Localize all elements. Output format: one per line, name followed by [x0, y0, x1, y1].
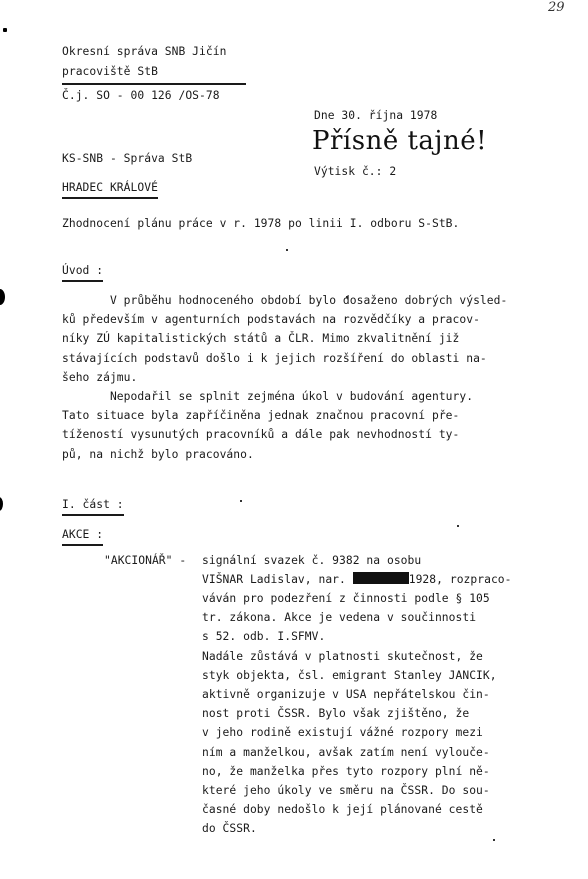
classification-stamp: Přísně tajné! [312, 126, 487, 156]
document-subject: Zhodnocení plánu práce v r. 1978 po lini… [62, 216, 459, 232]
text-line: váván pro podezření z činnosti podle § 1… [202, 591, 490, 607]
text-line: Nadále zůstává v platnosti skutečnost, ž… [202, 649, 483, 665]
recipient-city: HRADEC KRÁLOVÉ [62, 180, 158, 199]
document-date: Dne 30. října 1978 [314, 108, 437, 124]
scan-speck [286, 249, 288, 251]
text-line: do ČSSR. [202, 821, 257, 837]
text-line: časné doby nedošlo k její plánované cest… [202, 802, 483, 818]
sender-divider [62, 83, 246, 85]
text-line: ním a manželkou, avšak zatím není vylouč… [202, 745, 490, 761]
birth-year: 1928, rozpraco- [409, 573, 512, 586]
punch-hole-middle [0, 497, 3, 511]
page-number: 29 [548, 0, 565, 15]
text-line: s 52. odb. I.SFMV. [202, 629, 325, 645]
action-line-2: VIŠNAR Ladislav, nar. 1928, rozpraco- [202, 572, 512, 588]
sender-office: Okresní správa SNB Jičín [62, 44, 226, 60]
text-line: tížeností vysunutých pracovníků a dále p… [62, 427, 459, 443]
scan-speck [240, 500, 242, 502]
text-line: Tato situace byla zapříčiněna jednak zna… [62, 408, 459, 424]
text-line: stávajících podstavů došlo i k jejich ro… [62, 351, 487, 367]
text-line: níky ZÚ kapitalistických států a ČLR. Mi… [62, 331, 459, 347]
part1-heading: I. část : [62, 497, 124, 516]
intro-heading: Úvod : [62, 263, 103, 282]
text-line: šeho zájmu. [62, 370, 137, 386]
sender-unit: pracoviště StB [62, 64, 158, 80]
text-line: nost proti ČSSR. Bylo však zjištěno, že [202, 706, 469, 722]
subject-name: VIŠNAR Ladislav, nar. [202, 573, 353, 586]
text-line: V průběhu hodnoceného období bylo dosaže… [62, 293, 507, 309]
punch-hole-top [0, 289, 5, 305]
action-codename: "AKCIONÁŘ" - [104, 553, 186, 569]
scan-speck [493, 839, 495, 841]
copy-number: Výtisk č.: 2 [314, 164, 396, 180]
recipient-office: KS-SNB - Správa StB [62, 151, 192, 167]
text-line: tr. zákona. Akce je vedena v součinnosti [202, 610, 476, 626]
reference-number: Č.j. SO - 00 126 /OS-78 [62, 88, 220, 104]
text-line: pů, na nichž bylo pracováno. [62, 447, 254, 463]
scan-speck [457, 525, 459, 527]
text-line: styk objekta, čsl. emigrant Stanley JANC… [202, 668, 497, 684]
text-line: v jeho rodině existují vážné rozpory mez… [202, 725, 483, 741]
action-line-1: signální svazek č. 9382 na osobu [202, 553, 421, 569]
redaction-bar [353, 572, 409, 584]
actions-heading: AKCE : [62, 527, 103, 546]
text-line: Nepodařil se splnit zejména úkol v budov… [62, 389, 473, 405]
text-line: no, že manželka přes tyto rozpory plní n… [202, 764, 490, 780]
text-line: aktivně organizuje v USA nepřátelskou či… [202, 687, 490, 703]
margin-mark [3, 28, 7, 32]
text-line: ků především v agenturních podstavách na… [62, 312, 480, 328]
text-line: které jeho úkoly ve směru na ČSSR. Do so… [202, 783, 490, 799]
